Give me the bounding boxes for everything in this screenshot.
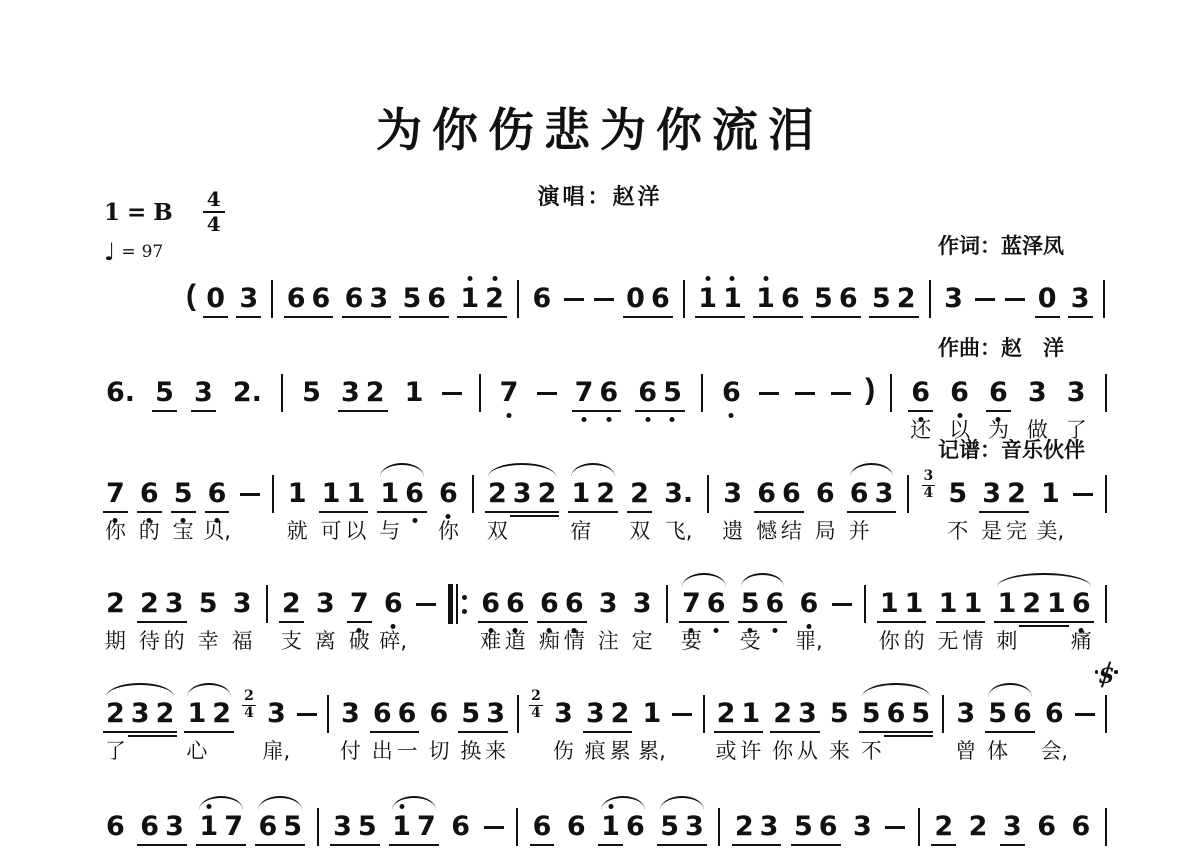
note-digit: 6 [1013, 698, 1032, 729]
underline-beam [363, 410, 388, 412]
key-signature: 1 = B 4 4 [104, 188, 225, 236]
lyric-syllable: 许 [740, 736, 761, 766]
held-beat-dash [240, 493, 260, 496]
underline-beam [568, 511, 593, 513]
note-digit: 3 [341, 698, 360, 729]
note-group: 23 [732, 812, 782, 842]
underline-beam [1004, 511, 1029, 513]
phrase-paren: ( [186, 279, 196, 313]
jianpu-note: 6 [530, 284, 555, 314]
jianpu-note: 6 [448, 812, 473, 842]
jianpu-note: 6 [884, 699, 909, 729]
note-group: 2或1许 [714, 699, 764, 729]
note-digit: 3 [723, 478, 742, 509]
note-digit: 1 [997, 588, 1016, 619]
note-digit: 2 [611, 698, 630, 729]
octave-dot-below [507, 413, 512, 418]
note-group: 56 [399, 284, 449, 314]
jianpu-note: 6 [530, 812, 555, 842]
note-digit: 3 [798, 698, 817, 729]
underline-beam [779, 511, 804, 513]
note-digit: 1 [199, 811, 218, 842]
lyricist-credit: 作词：蓝泽凤 [938, 230, 1085, 264]
note-digit: 3 [165, 588, 184, 619]
note-digit: 1 [571, 478, 590, 509]
held-beat-dash [759, 392, 779, 395]
underline-beam [395, 731, 420, 733]
barline [918, 808, 920, 846]
note-group: 6 [530, 284, 555, 314]
note-group: 7破 [347, 589, 372, 619]
jianpu-note: 3 [236, 284, 261, 314]
lyric-syllable: 体 [987, 736, 1008, 766]
underline-beam [209, 731, 234, 733]
note-group: 6局 [813, 479, 838, 509]
note-digit: 7 [500, 377, 519, 408]
lyric-syllable: 幸 [198, 626, 219, 656]
note-group: 5不 [945, 479, 970, 509]
jianpu-note: 3 [941, 284, 966, 314]
underline-beam [660, 410, 685, 412]
jianpu-note: 6 [648, 284, 673, 314]
lyric-syllable: 累 [610, 736, 631, 766]
slur-arc [660, 796, 704, 810]
jianpu-note: 2了 [103, 699, 128, 729]
underline-beam [598, 844, 623, 846]
underline-beam [1000, 844, 1025, 846]
note-digit: 6 [599, 377, 618, 408]
underline-beam [648, 316, 673, 318]
underline-beam [908, 731, 933, 733]
note-digit: 5 [741, 588, 760, 619]
jianpu-note: 3的 [162, 589, 187, 619]
underline-beam [342, 316, 367, 318]
note-digit: 1 [880, 588, 899, 619]
underline-beam [457, 316, 482, 318]
jianpu-note: 1 [695, 284, 720, 314]
lyric-syllable: 受 [740, 626, 761, 656]
note-digit: 2 [212, 698, 231, 729]
note-digit: 3. [664, 478, 693, 509]
underline-beam-2 [128, 735, 153, 737]
barline [707, 475, 709, 513]
note-group: 1美, [1038, 479, 1063, 509]
jianpu-note: 6 [704, 589, 729, 619]
note-group: 2 [931, 812, 956, 842]
octave-dot-below [729, 413, 734, 418]
underline-beam [482, 316, 507, 318]
jianpu-note: 2 [931, 812, 956, 842]
jianpu-note: 2你 [770, 699, 795, 729]
jianpu-note: 6以 [947, 378, 972, 408]
octave-dot-above [763, 276, 768, 281]
jianpu-note: 1情 [960, 589, 985, 619]
lyric-syllable: 就 [287, 516, 308, 546]
note-digit: 6 [950, 377, 969, 408]
jianpu-note: 6 [1069, 812, 1094, 842]
note-digit: 6. [106, 377, 135, 408]
jianpu-note: 2完 [1004, 479, 1029, 509]
underline-beam [623, 316, 648, 318]
note-digit: 5 [283, 811, 302, 842]
note-digit: 1 [1047, 588, 1066, 619]
underline-beam [679, 621, 704, 623]
jianpu-note: 6会, [1042, 699, 1067, 729]
note-group: 6碎, [381, 589, 406, 619]
note-digit: 7 [575, 377, 594, 408]
jianpu-note: 6痛 [1069, 589, 1094, 619]
jianpu-note: 3 [366, 284, 391, 314]
held-beat-dash [1075, 713, 1095, 716]
note-digit: 3 [982, 478, 1001, 509]
note-digit: 1 [756, 283, 775, 314]
note-group: 6 [103, 812, 128, 842]
underline-beam [778, 316, 803, 318]
jianpu-note: 3 [162, 812, 187, 842]
note-group: 5换3来 [458, 699, 508, 729]
underline-beam [319, 511, 344, 513]
note-digit: 2 [1022, 588, 1041, 619]
note-digit: 2 [897, 283, 916, 314]
note-group: 6贝, [205, 479, 230, 509]
jianpu-note: 5 [280, 812, 305, 842]
note-group: 3扉, [264, 699, 289, 729]
jianpu-note: 3 [872, 479, 897, 509]
note-digit: 6 [208, 478, 227, 509]
lyric-syllable: 以 [949, 415, 970, 445]
barline [942, 695, 944, 733]
note-digit: 6 [451, 811, 470, 842]
underline-beam [103, 511, 128, 513]
jianpu-note: 6 [255, 812, 280, 842]
underline-beam [877, 621, 902, 623]
jianpu-note: 5 [299, 378, 324, 408]
note-group: 6憾6结 [754, 479, 804, 509]
barline [271, 280, 273, 318]
note-group: 2支 [279, 589, 304, 619]
note-group: 3曾 [953, 699, 978, 729]
lyric-syllable: 定 [632, 626, 653, 656]
note-digit: 1 [905, 588, 924, 619]
jianpu-note: 3痕 [583, 699, 608, 729]
jianpu-note: 6道 [503, 589, 528, 619]
note-group: 52 [869, 284, 919, 314]
underline-beam [153, 731, 178, 733]
jianpu-note: 6贝, [205, 479, 230, 509]
note-group: 63 [137, 812, 187, 842]
note-digit: 3 [1067, 377, 1086, 408]
note-digit: 3 [131, 698, 150, 729]
jianpu-note: 5 [908, 699, 933, 729]
underline-beam [152, 410, 177, 412]
note-group: 5宝 [171, 479, 196, 509]
underline-beam [754, 511, 779, 513]
note-digit: 2 [156, 698, 175, 729]
note-group: 32 [338, 378, 388, 408]
jianpu-note: 1与 [377, 479, 402, 509]
quarter-note-icon: ♩ [104, 238, 115, 266]
note-group: 6难6道 [478, 589, 528, 619]
underline-beam [196, 844, 221, 846]
note-digit: 1 [1041, 478, 1060, 509]
jianpu-note: 6 [1034, 812, 1059, 842]
note-digit: 2 [934, 811, 953, 842]
note-digit: 6 [481, 588, 500, 619]
note-digit: 5 [155, 377, 174, 408]
note-digit: 1 [187, 698, 206, 729]
note-digit: 6 [345, 283, 364, 314]
underline-beam [902, 621, 927, 623]
slur-arc [187, 683, 231, 697]
jianpu-note: 5不 [945, 479, 970, 509]
held-beat-dash [442, 392, 462, 395]
jianpu-note: 6 [596, 378, 621, 408]
lyric-syllable: 曾 [955, 736, 976, 766]
music-system: 2期2待3的5幸3福2支3离7破6碎,6难6道6痴6情3注3定7要65受66罪,… [102, 581, 1110, 627]
octave-dot-above [492, 276, 497, 281]
underline-beam [478, 621, 503, 623]
note-digit: 6 [312, 283, 331, 314]
note-digit: 6 [816, 478, 835, 509]
note-digit: 6 [782, 478, 801, 509]
note-digit: 1 [405, 377, 424, 408]
lyric-syllable: 离 [315, 626, 336, 656]
jianpu-note: 2期 [103, 589, 128, 619]
underline-beam [635, 410, 660, 412]
note-digit: 6 [398, 698, 417, 729]
underline-beam [330, 844, 355, 846]
note-digit: 2 [366, 377, 385, 408]
jianpu-note: 5幸 [196, 589, 221, 619]
lyric-syllable: 难 [480, 626, 501, 656]
note-group: 63 [342, 284, 392, 314]
jianpu-note: 1 [1044, 589, 1069, 619]
note-digit: 3 [853, 811, 872, 842]
jianpu-note: 6 [342, 284, 367, 314]
underline-beam [738, 621, 763, 623]
underline-beam [191, 410, 216, 412]
underline-beam-2 [510, 515, 535, 517]
lyric-syllable: 要 [681, 626, 702, 656]
octave-dot-below [772, 628, 777, 633]
note-group: 3 [941, 284, 966, 314]
jianpu-note: 3付 [338, 699, 363, 729]
jianpu-note: 2 [209, 699, 234, 729]
time-signature-bottom: 4 [207, 213, 221, 236]
underline-beam [836, 316, 861, 318]
jianpu-note: 5 [355, 812, 380, 842]
note-digit: 3 [586, 698, 605, 729]
jianpu-note: 6 [719, 378, 744, 408]
note-digit: 2 [1007, 478, 1026, 509]
note-group: 3 [1068, 284, 1093, 314]
octave-dot-below [582, 417, 587, 422]
note-digit: 3 [554, 698, 573, 729]
underline-beam [458, 731, 483, 733]
held-beat-dash [1005, 298, 1025, 301]
lyric-syllable: 期 [105, 626, 126, 656]
underline-beam [236, 316, 261, 318]
note-digit: 3 [165, 811, 184, 842]
note-digit: 1 [939, 588, 958, 619]
jianpu-note: 0 [623, 284, 648, 314]
note-digit: 3 [1028, 377, 1047, 408]
note-digit: 6 [887, 698, 906, 729]
note-group: 5体6 [985, 699, 1035, 729]
note-digit: 6 [989, 377, 1008, 408]
underline-beam [960, 621, 985, 623]
jianpu-note: 6难 [478, 589, 503, 619]
note-group: 5不65 [859, 699, 933, 729]
lyric-syllable: 的 [139, 516, 160, 546]
jianpu-note: 2或 [714, 699, 739, 729]
note-digit: 6 [722, 377, 741, 408]
jianpu-note: 3 [1068, 284, 1093, 314]
tempo-marking: ♩ = 97 [104, 238, 163, 266]
jianpu-note: 6 [1010, 699, 1035, 729]
jianpu-note: 6 [284, 284, 309, 314]
underline-beam [414, 844, 439, 846]
lyric-syllable: 心 [186, 736, 207, 766]
jianpu-note: 3定 [630, 589, 655, 619]
barline [890, 374, 892, 412]
jianpu-note: 2 [482, 284, 507, 314]
note-digit: 6 [533, 283, 552, 314]
lyric-syllable: 痴 [539, 626, 560, 656]
underline-beam [816, 844, 841, 846]
jianpu-note: 6 [635, 378, 660, 408]
barline [1105, 808, 1107, 846]
jianpu-note: 1的 [902, 589, 927, 619]
held-beat-dash [484, 826, 504, 829]
underline-beam [1010, 731, 1035, 733]
note-group: 53 [657, 812, 707, 842]
note-group: 0 [1035, 284, 1060, 314]
lyric-syllable: 罪, [795, 626, 823, 656]
barline: S [1105, 695, 1107, 733]
meter-numerator: 3 [922, 469, 936, 485]
underline-beam [985, 731, 1010, 733]
note-digit: 3 [341, 377, 360, 408]
lyric-syllable: 结 [781, 516, 802, 546]
note-group: 3伤 [551, 699, 576, 729]
underline-beam [931, 844, 956, 846]
jianpu-note: 3离 [313, 589, 338, 619]
jianpu-note: 3 [682, 812, 707, 842]
note-group: 1你1的 [877, 589, 927, 619]
lyric-syllable: 痛 [1071, 626, 1092, 656]
underline-beam-2 [1044, 625, 1069, 627]
lyric-syllable: 了 [105, 736, 126, 766]
note-digit: 1 [460, 283, 479, 314]
note-digit: 6 [439, 478, 458, 509]
barline [929, 280, 931, 318]
barline [472, 475, 474, 513]
note-digit: 5 [862, 698, 881, 729]
jianpu-note: 3扉, [264, 699, 289, 729]
note-group: 56 [791, 812, 841, 842]
underline-beam-2 [884, 735, 909, 737]
jianpu-note: 2 [535, 479, 560, 509]
jianpu-note: 6情 [562, 589, 587, 619]
octave-dot-below [645, 417, 650, 422]
note-digit: 3 [760, 811, 779, 842]
underline-beam [627, 511, 652, 513]
note-group: 2你3从 [770, 699, 820, 729]
note-digit: 6 [781, 283, 800, 314]
underline-beam [399, 316, 424, 318]
jianpu-note: 1 [457, 284, 482, 314]
jianpu-note: 3 [338, 378, 363, 408]
jianpu-note: 5受 [738, 589, 763, 619]
jianpu-note: 5换 [458, 699, 483, 729]
underline-beam [704, 621, 729, 623]
note-digit: 5 [461, 698, 480, 729]
key-name: B [153, 199, 172, 226]
segno-dot [1114, 670, 1118, 674]
jianpu-note: 6痴 [537, 589, 562, 619]
jianpu-note: 6 [836, 284, 861, 314]
jianpu-note: 5 [791, 812, 816, 842]
note-digit: 6 [1045, 698, 1064, 729]
underline-beam-2 [1019, 625, 1044, 627]
note-digit: 7 [224, 811, 243, 842]
lyric-syllable: 双 [629, 516, 650, 546]
underline-beam [757, 844, 782, 846]
lyric-syllable: 并 [849, 516, 870, 546]
underline-beam [979, 511, 1004, 513]
lyric-syllable: 扉, [263, 736, 291, 766]
note-group: 6以 [947, 378, 972, 408]
held-beat-dash [795, 392, 815, 395]
note-group: 3是2完 [979, 479, 1029, 509]
underline-beam [908, 410, 933, 412]
underline-beam [811, 316, 836, 318]
lyric-syllable: 碎, [379, 626, 407, 656]
jianpu-note: 2. [230, 378, 265, 408]
note-digit: 7 [682, 588, 701, 619]
note-group: 6切 [427, 699, 452, 729]
underline-beam [847, 511, 872, 513]
note-group: 6罪, [797, 589, 822, 619]
octave-dot-above [399, 804, 404, 809]
sheet-music-page: 为你伤悲为你流泪 演唱：赵洋 作词：蓝泽凤 作曲：赵 洋 记谱：音乐伙伴 1 =… [0, 0, 1200, 850]
jianpu-note: 7 [497, 378, 522, 408]
music-system: (036663561260611165652303 [186, 276, 1108, 322]
note-group: 3 [850, 812, 875, 842]
slur-arc [380, 463, 424, 477]
barline [701, 374, 703, 412]
note-group: 6 [564, 812, 589, 842]
note-digit: 3 [1003, 811, 1022, 842]
slur-arc [106, 683, 174, 697]
jianpu-note: 5来 [827, 699, 852, 729]
underline-beam [366, 316, 391, 318]
jianpu-note: 6碎, [381, 589, 406, 619]
repeat-dot [462, 595, 467, 600]
note-digit: 1 [392, 811, 411, 842]
lyric-syllable: 福 [232, 626, 253, 656]
lyric-syllable: 待 [139, 626, 160, 656]
lyric-syllable: 完 [1006, 516, 1027, 546]
note-digit: 3 [513, 478, 532, 509]
barline [1105, 475, 1107, 513]
note-group: 6为 [986, 378, 1011, 408]
jianpu-note: 7 [221, 812, 246, 842]
jianpu-note: 3遗 [720, 479, 745, 509]
lyric-syllable: 情 [962, 626, 983, 656]
underline-beam [894, 316, 919, 318]
